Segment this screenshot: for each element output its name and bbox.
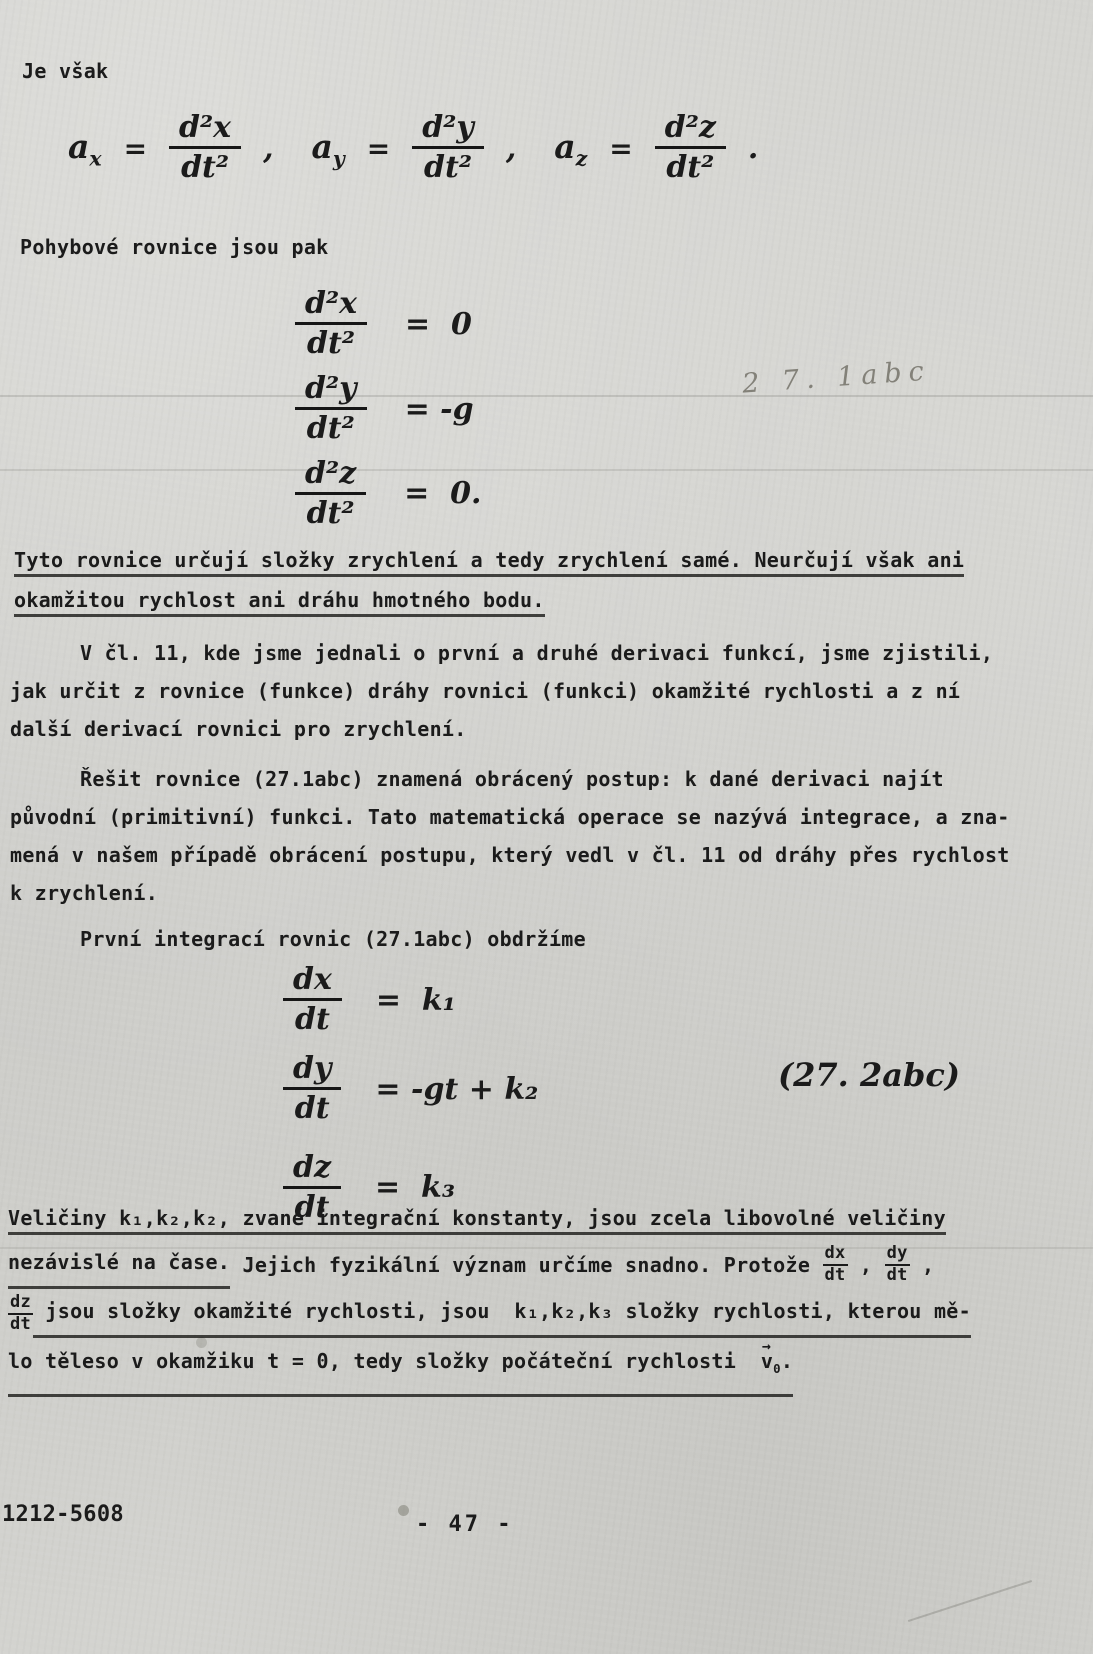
scan-streak xyxy=(0,469,1093,471)
fraction-numerator: d²x xyxy=(169,112,241,149)
paragraph-cl11: V čl. 11, kde jsme jednali o první a dru… xyxy=(10,634,993,748)
fraction-numerator: d²x xyxy=(295,288,367,325)
text-line: dz dt jsou složky okamžité rychlosti, js… xyxy=(8,1289,1088,1338)
separator-comma: , xyxy=(506,131,516,166)
fraction-numerator: dx xyxy=(283,964,342,1001)
text-line: Veličiny k₁,k₂,k₂, zvané integrační kons… xyxy=(8,1206,946,1235)
acceleration-equations-row: ax = d²x dt² , ay = d²y dt² , az = d²z d… xyxy=(68,112,758,185)
motion-equations: d²x dt² = 0 d²y dt² = -g d²z dt² = 0. xyxy=(295,288,482,530)
fraction-numerator: dx xyxy=(823,1245,848,1266)
fraction-numerator: dy xyxy=(885,1245,910,1266)
scanned-document-page: Je však ax = d²x dt² , ay = d²y dt² , az… xyxy=(0,0,1093,1654)
motion-heading: Pohybové rovnice jsou pak xyxy=(20,228,329,266)
text-line: Řešit rovnice (27.1abc) znamená obrácený… xyxy=(10,760,1010,798)
fraction-az: d²z dt² xyxy=(655,112,726,185)
fraction-numerator: d²y xyxy=(412,112,484,149)
fraction-denominator: dt xyxy=(285,1001,340,1036)
motion-equation-row: d²z dt² = 0. xyxy=(295,458,482,531)
fraction-d2y: d²y dt² xyxy=(295,373,367,446)
fraction-ax: d²x dt² xyxy=(169,112,241,185)
intro-text: Je však xyxy=(22,52,108,90)
velocity-vector-v0: →v0 xyxy=(761,1338,781,1392)
fraction-d2x: d²x dt² xyxy=(295,288,367,361)
fraction-denominator: dt xyxy=(285,1090,340,1125)
fraction-denominator: dt xyxy=(823,1266,848,1285)
equation-rhs: = -g xyxy=(405,392,474,427)
paper-spot xyxy=(398,1505,409,1516)
fraction-denominator: dt² xyxy=(171,149,239,184)
paragraph-constants: Veličiny k₁,k₂,k₂, zvané integrační kons… xyxy=(8,1196,1088,1397)
equation-rhs: = k₁ xyxy=(376,983,456,1018)
fraction-numerator: dz xyxy=(283,1152,341,1189)
page-number: - 47 - xyxy=(416,1506,513,1544)
vector-arrow-icon: → xyxy=(762,1323,771,1369)
fraction-numerator: dz xyxy=(8,1294,33,1315)
equation-rhs: = 0 xyxy=(405,307,472,342)
text-line: další derivací rovnici pro zrychlení. xyxy=(10,710,993,748)
fraction-dydt: dy dt xyxy=(283,1053,341,1126)
fraction-numerator: d²z xyxy=(655,112,726,149)
underlined-phrase: nezávislé na čase. xyxy=(8,1240,230,1289)
paragraph-resit: Řešit rovnice (27.1abc) znamená obrácený… xyxy=(10,760,1010,912)
document-number: 1212-5608 xyxy=(2,1496,124,1534)
scan-streak xyxy=(0,395,1093,397)
integrated-equation-row: dx dt = k₁ xyxy=(283,964,538,1037)
inline-fraction-dz: dz dt xyxy=(8,1294,33,1334)
motion-equation-row: d²x dt² = 0 xyxy=(295,288,482,361)
fraction-dxdt: dx dt xyxy=(283,964,342,1037)
equals-sign: = xyxy=(609,132,632,165)
equation-rhs: = 0. xyxy=(404,476,481,511)
integrated-equations: dx dt = k₁ dy dt = -gt + k₂ dz dt = k₃ xyxy=(283,964,538,1224)
text-line: mená v našem případě obrácení postupu, k… xyxy=(10,836,1010,874)
paragraph-integration-lead: První integrací rovnic (27.1abc) obdržím… xyxy=(80,920,586,958)
separator-period: . xyxy=(748,131,758,166)
paragraph-acceleration-note: Tyto rovnice určují složky zrychlení a t… xyxy=(14,540,964,620)
fraction-denominator: dt² xyxy=(656,149,724,184)
integrated-equation-row: dy dt = -gt + k₂ xyxy=(283,1053,538,1126)
text-line: lo těleso v okamžiku t = 0, tedy složky … xyxy=(8,1338,1088,1397)
equation-label: (27. 2abc) xyxy=(778,1056,960,1094)
text-line: k zrychlení. xyxy=(10,874,1010,912)
text-segment: , xyxy=(910,1243,935,1287)
fraction-denominator: dt xyxy=(8,1315,33,1334)
text-line: Tyto rovnice určují složky zrychlení a t… xyxy=(14,548,964,577)
motion-equation-row: d²y dt² = -g xyxy=(295,373,482,446)
pencil-annotation: 2 7. 1abc xyxy=(741,355,931,399)
equation-az-lhs: az xyxy=(554,127,587,171)
text-line: okamžitou rychlost ani dráhu hmotného bo… xyxy=(14,588,545,617)
fraction-numerator: d²y xyxy=(295,373,367,410)
inline-fraction-dx: dx dt xyxy=(823,1245,848,1285)
text-segment: Jejich fyzikální význam určíme snadno. P… xyxy=(230,1243,822,1287)
text-line: nezávislé na čase. Jejich fyzikální význ… xyxy=(8,1240,1088,1289)
fraction-numerator: dy xyxy=(283,1053,341,1090)
underlined-phrase: jsou složky okamžité rychlosti, jsou k₁,… xyxy=(33,1289,971,1338)
fraction-denominator: dt² xyxy=(297,410,365,445)
text-line: jak určit z rovnice (funkce) dráhy rovni… xyxy=(10,672,993,710)
equation-ax-lhs: ax xyxy=(68,127,102,171)
fraction-ay: d²y dt² xyxy=(412,112,484,185)
text-line: původní (primitivní) funkci. Tato matema… xyxy=(10,798,1010,836)
equation-rhs: = -gt + k₂ xyxy=(375,1072,538,1107)
underlined-phrase: lo těleso v okamžiku t = 0, tedy složky … xyxy=(8,1338,793,1397)
equation-ay-lhs: ay xyxy=(312,127,345,171)
separator-comma: , xyxy=(263,131,273,166)
fraction-denominator: dt xyxy=(885,1266,910,1285)
fraction-denominator: dt² xyxy=(414,149,482,184)
fraction-numerator: d²z xyxy=(295,458,366,495)
inline-fraction-dy: dy dt xyxy=(885,1245,910,1285)
fraction-d2z: d²z dt² xyxy=(295,458,366,531)
pencil-scribble xyxy=(908,1580,1032,1622)
fraction-denominator: dt² xyxy=(297,495,365,530)
equals-sign: = xyxy=(367,132,390,165)
text-line: V čl. 11, kde jsme jednali o první a dru… xyxy=(10,634,993,672)
fraction-denominator: dt² xyxy=(297,325,365,360)
equals-sign: = xyxy=(124,132,147,165)
text-segment: , xyxy=(848,1243,885,1287)
